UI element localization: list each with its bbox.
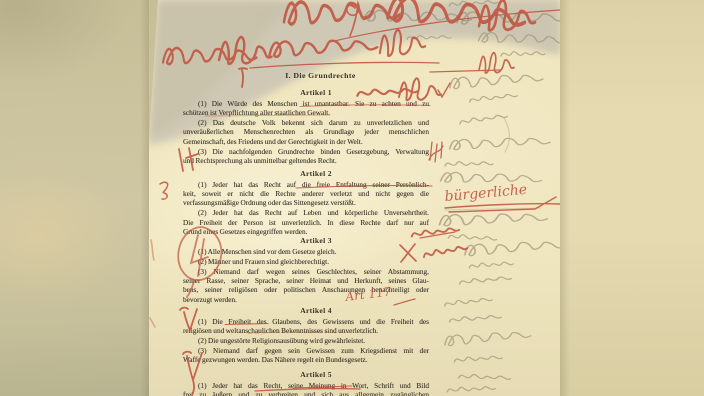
handwritten-annotations-layer: bürgerliche Art 117 [149, 0, 560, 396]
red-margin-word: bürgerliche [444, 182, 528, 205]
right-blur-background [550, 0, 704, 396]
red-x-mark [400, 244, 416, 262]
page-shadow-right [560, 0, 570, 396]
scanned-document-photo: I. Die Grundrechte Artikel 1(1) Die Würd… [0, 0, 704, 396]
document-page: I. Die Grundrechte Artikel 1(1) Die Würd… [149, 0, 560, 396]
red-circled-mark [178, 227, 221, 297]
page-shadow-left [140, 0, 149, 396]
red-article-ref: Art 117 [344, 284, 393, 304]
red-figure-9 [347, 3, 359, 36]
faded-ink-scribbles [363, 0, 497, 39]
